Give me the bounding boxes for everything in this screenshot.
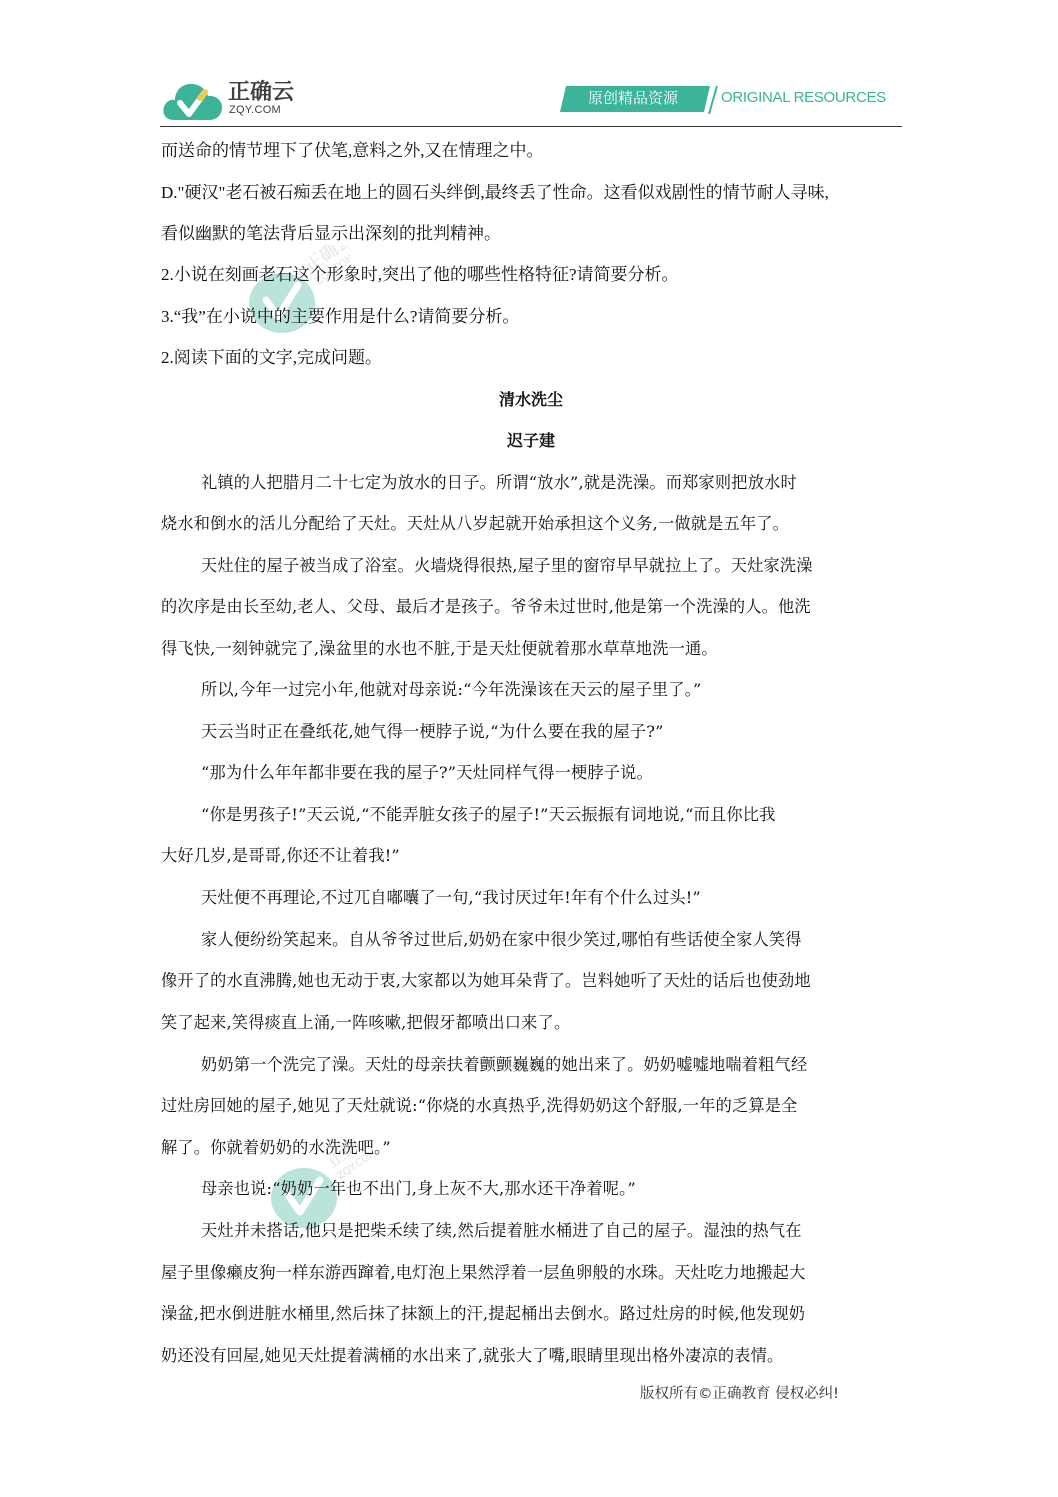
slash-divider-icon <box>708 86 718 114</box>
paragraph-line: 奶奶第一个洗完了澡。天灶的母亲扶着颤颤巍巍的她出来了。奶奶嘘嘘地喘着粗气经 <box>201 1054 807 1076</box>
paragraph-line: 天灶便不再理论,不过兀自嘟囔了一句,“我讨厌过年!年有个什么过头!” <box>201 887 701 909</box>
badge-label: 原创精品资源 <box>588 89 678 109</box>
paragraph-line: 屋子里像癞皮狗一样东游西蹿着,电灯泡上果然浮着一层鱼卵般的水珠。天灶吃力地搬起大 <box>161 1262 805 1284</box>
article-author: 迟子建 <box>161 430 901 452</box>
paragraph-line: 得飞快,一刻钟就完了,澡盆里的水也不脏,于是天灶便就着那水草草地洗一通。 <box>161 638 718 660</box>
paragraph-line: 过灶房回她的屋子,她见了天灶就说:“你烧的水真热乎,洗得奶奶这个舒服,一年的乏算… <box>161 1095 798 1117</box>
cloud-check-icon <box>162 78 224 122</box>
paragraph-line: 烧水和倒水的活儿分配给了天灶。天灶从八岁起就开始承担这个义务,一做就是五年了。 <box>161 513 789 535</box>
paragraph-line: 所以,今年一过完小年,他就对母亲说:“今年洗澡该在天云的屋子里了。” <box>201 679 701 701</box>
paragraph-line: 天灶并未搭话,他只是把柴禾续了续,然后提着脏水桶进了自己的屋子。湿浊的热气在 <box>201 1220 802 1242</box>
logo-name: 正确云 <box>228 80 294 104</box>
original-resources-badge: 原创精品资源 <box>560 86 710 112</box>
paragraph-line: “你是男孩子!”天云说,“不能弄脏女孩子的屋子!”天云振振有词地说,“而且你比我 <box>201 804 776 826</box>
copyright-footer: 版权所有©正确教育 侵权必纠! <box>640 1382 839 1403</box>
logo-domain: ZQY.COM <box>229 104 281 116</box>
paragraph-line: 笑了起来,笑得痰直上涌,一阵咳嗽,把假牙都喷出口来了。 <box>161 1012 570 1034</box>
reading-task-2: 2.阅读下面的文字,完成问题。 <box>161 347 382 369</box>
option-d-line-2: 看似幽默的笔法背后显示出深刻的批判精神。 <box>161 223 501 245</box>
paragraph-line: 奶还没有回屋,她见天灶提着满桶的水出来了,就张大了嘴,眼睛里现出格外凄凉的表情。 <box>161 1345 783 1367</box>
paragraph-line: 天灶住的屋子被当成了浴室。火墙烧得很热,屋子里的窗帘早早就拉上了。天灶家洗澡 <box>201 555 813 577</box>
paragraph-line: 家人便纷纷笑起来。自从爷爷过世后,奶奶在家中很少笑过,哪怕有些话使全家人笑得 <box>201 929 802 951</box>
paragraph-line: 的次序是由长至幼,老人、父母、最后才是孩子。爷爷未过世时,他是第一个洗澡的人。他… <box>161 596 811 618</box>
paragraph-line: 像开了的水直沸腾,她也无动于衷,大家都以为她耳朵背了。岂料她听了天灶的话后也使劲… <box>161 970 811 992</box>
paragraph-line: 天云当时正在叠纸花,她气得一梗脖子说,“为什么要在我的屋子?” <box>201 721 664 743</box>
option-d-line-1: D."硬汉"老石被石痴丢在地上的圆石头绊倒,最终丢了性命。这看似戏剧性的情节耐人… <box>161 182 829 204</box>
paragraph-line: 大好几岁,是哥哥,你还不让着我!” <box>161 845 400 867</box>
question-3: 3.“我”在小说中的主要作用是什么?请简要分析。 <box>161 306 519 328</box>
paragraph-line: 解了。你就着奶奶的水洗洗吧。” <box>161 1137 391 1159</box>
zqy-logo: 正确云 ZQY.COM <box>162 78 302 122</box>
paragraph-line: “那为什么年年都非要在我的屋子?”天灶同样气得一梗脖子说。 <box>201 762 653 784</box>
paragraph-line: 母亲也说:“奶奶一年也不出门,身上灰不大,那水还干净着呢。” <box>201 1178 636 1200</box>
badge-english-label: ORIGINAL RESOURCES <box>721 89 886 106</box>
option-c-continuation: 而送命的情节埋下了伏笔,意料之外,又在情理之中。 <box>161 140 544 162</box>
paragraph-line: 澡盆,把水倒进脏水桶里,然后抹了抹额上的汗,提起桶出去倒水。路过灶房的时候,他发… <box>161 1303 805 1325</box>
article-title: 清水洗尘 <box>161 389 901 411</box>
page-header: 正确云 ZQY.COM 原创精品资源 ORIGINAL RESOURCES <box>160 74 902 127</box>
paragraph-line: 礼镇的人把腊月二十七定为放水的日子。所谓“放水”,就是洗澡。而郑家则把放水时 <box>201 472 797 494</box>
question-2: 2.小说在刻画老石这个形象时,突出了他的哪些性格特征?请简要分析。 <box>161 264 679 286</box>
